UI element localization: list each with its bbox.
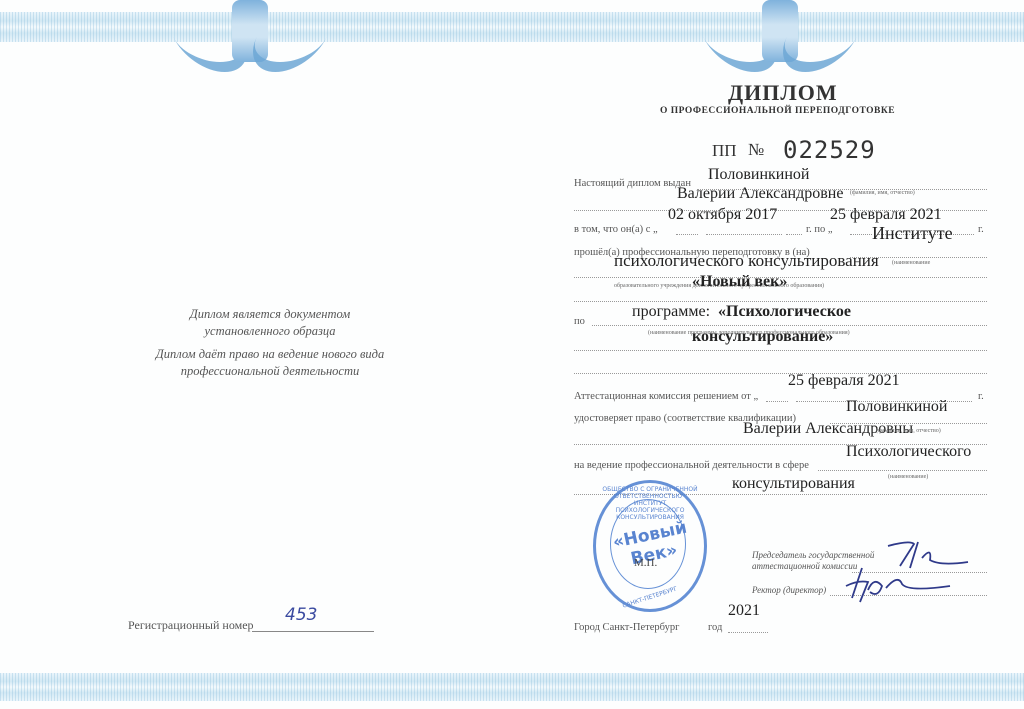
diploma-title: ДИПЛОМ	[728, 80, 838, 106]
program-by-label: по	[574, 316, 585, 327]
commission-date: 25 февраля 2021	[788, 372, 900, 390]
program-prefix: программе:	[632, 303, 710, 321]
sphere-label: на ведение профессиональной деятельности…	[574, 460, 809, 471]
stamp-ring-text: ОБЩЕСТВО С ОГРАНИЧЕННОЙ ОТВЕТСТВЕННОСТЬЮ…	[600, 486, 700, 521]
seal-place-label: М.П.	[634, 557, 657, 569]
period-label-g-to: г. по „	[806, 224, 833, 235]
commission-label: Аттестационная комиссия решением от „	[574, 391, 758, 402]
institution-line2: психологического консультирования	[614, 251, 879, 271]
issue-year: 2021	[728, 602, 760, 620]
city-label: Город Санкт-Петербург	[574, 622, 679, 633]
registration-number: 453	[285, 605, 317, 625]
issued-hint: (фамилия, имя, отчество)	[850, 190, 915, 196]
institution-line1: Институте	[872, 223, 953, 244]
certifies-hint: (фамилия, имя, отчество)	[876, 428, 941, 434]
sphere-hint: (наименование)	[888, 474, 928, 480]
registration-label: Регистрационный номер	[128, 618, 254, 633]
registration-line	[252, 631, 374, 632]
recipient-name: Валерии Александровне	[677, 185, 843, 203]
institution-stamp: ОБЩЕСТВО С ОГРАНИЧЕННОЙ ОТВЕТСТВЕННОСТЬЮ…	[593, 480, 707, 612]
sphere-line2: консультирования	[732, 475, 855, 493]
period-label-g: г.	[978, 224, 984, 235]
note-professional-rights: Диплом даёт право на ведение нового вида…	[120, 346, 420, 380]
program-line1: «Психологическое	[718, 303, 851, 321]
serial-number: 022529	[783, 136, 876, 164]
date-from: 02 октября 2017	[668, 206, 777, 224]
institution-line3: «Новый век»	[692, 273, 787, 291]
bottom-guilloche-band	[0, 673, 1024, 701]
top-guilloche-band	[0, 12, 1024, 42]
rector-signature	[838, 562, 958, 604]
period-label: в том, что он(а) с „	[574, 224, 658, 235]
date-to: 25 февраля 2021	[830, 206, 942, 224]
rector-label: Ректор (директор)	[752, 585, 826, 596]
qualified-surname: Половинкиной	[846, 398, 947, 416]
year-label: год	[708, 622, 722, 633]
institution-hint-a: (наименование	[892, 260, 930, 266]
sphere-line1: Психологического	[846, 443, 971, 461]
diploma-subtitle: О ПРОФЕССИОНАЛЬНОЙ ПЕРЕПОДГОТОВКЕ	[660, 106, 895, 116]
note-official-document: Диплом является документом установленног…	[120, 306, 420, 340]
top-ornament-left	[170, 0, 330, 70]
commission-g: г.	[978, 391, 984, 402]
top-ornament-right	[700, 0, 860, 70]
recipient-surname: Половинкиной	[708, 166, 809, 184]
serial-number-sign: №	[748, 140, 764, 160]
program-line2: консультирование»	[692, 328, 833, 346]
serial-prefix: ПП	[712, 141, 737, 161]
issued-label: Настоящий диплом выдан	[574, 178, 691, 189]
